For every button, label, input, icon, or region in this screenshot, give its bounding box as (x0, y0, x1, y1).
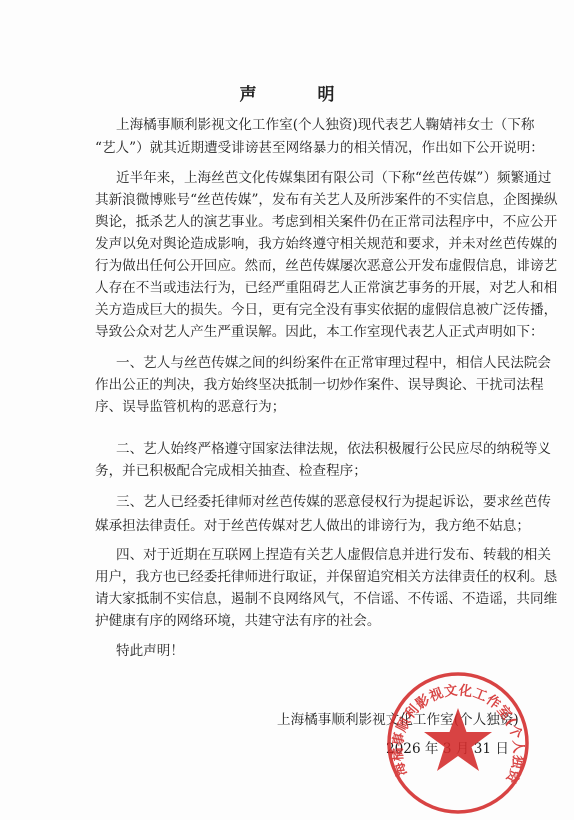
item-line: 一、艺人与丝芭传媒之间的纠纷案件在正常审理过程中，相信人民法院会 (116, 355, 551, 371)
item-line: 用户，我方也已经委托律师进行取证，并保留追究相关方法律责任的权利。恳 (95, 569, 557, 585)
item-line: 媒承担法律责任。对于丝芭传媒对艺人做出的诽谤行为，我方绝不姑息； (95, 518, 530, 534)
item-line: 作出公正的判决，我方始终坚决抵制一切炒作案件、误导舆论、干扰司法程 (95, 377, 544, 393)
paragraph-line: 关方造成巨大的损失。今日，更有完全没有事实依据的虚假信息被广泛传播， (95, 302, 557, 318)
paragraph-line: 人存在不当或违法行为，已经严重阻碍艺人正常演艺事务的开展，对艺人和相 (95, 280, 557, 296)
item-line: 二、艺人始终严格遵守国家法律法规，依法积极履行公民应尽的纳税等义 (116, 441, 551, 457)
item-line: 务，并已积极配合完成相关抽查、检查程序； (95, 463, 367, 479)
intro-line: “艺人”）就其近期遭受诽谤甚至网络暴力的相关情况，作出如下公开说明： (95, 140, 544, 156)
paragraph-line: 行为做出任何公开回应。然而，丝芭传媒屡次恶意公开发布虚假信息，诽谤艺 (95, 258, 557, 274)
paragraph-line: 其新浪微博账号“丝芭传媒”，发布有关艺人及所涉案件的不实信息，企图操纵 (95, 192, 558, 208)
company-seal-icon: 上海橘事顺利影视文化工作室(个人独资) (383, 668, 533, 818)
item-line: 四、对于近期在互联网上捏造有关艺人虚假信息并进行发布、转载的相关 (116, 547, 551, 563)
item-line: 请大家抵制不实信息，遏制不良网络风气，不信谣、不传谣、不造谣，共同维 (95, 591, 557, 607)
item-line: 护健康有序的网络环境，共建守法有序的社会。 (95, 613, 380, 629)
intro-line: 上海橘事顺利影视文化工作室(个人独资)现代表艺人鞠婧祎女士（下称 (116, 117, 534, 133)
document-page: 声 明 上海橘事顺利影视文化工作室(个人独资)现代表艺人鞠婧祎女士（下称 “艺人… (0, 0, 574, 820)
item-line: 三、艺人已经委托律师对丝芭传媒的恶意侵权行为提起诉讼，要求丝芭传 (116, 494, 551, 510)
paragraph-line: 导致公众对艺人产生严重误解。因此，本工作室现代表艺人正式声明如下： (95, 324, 544, 340)
document-title: 声 明 (0, 80, 574, 105)
item-line: 序、误导监管机构的恶意行为； (95, 399, 285, 415)
closing-text: 特此声明！ (116, 643, 184, 659)
paragraph-line: 近半年来，上海丝芭文化传媒集团有限公司（下称“丝芭传媒”）频繁通过 (116, 170, 551, 186)
paragraph-line: 舆论，抵杀艺人的演艺事业。考虑到相关案件仍在正常司法程序中，不应公开 (95, 214, 557, 230)
paragraph-line: 发声以免对舆论造成影响，我方始终遵守相关规范和要求，并未对丝芭传媒的 (95, 236, 557, 252)
